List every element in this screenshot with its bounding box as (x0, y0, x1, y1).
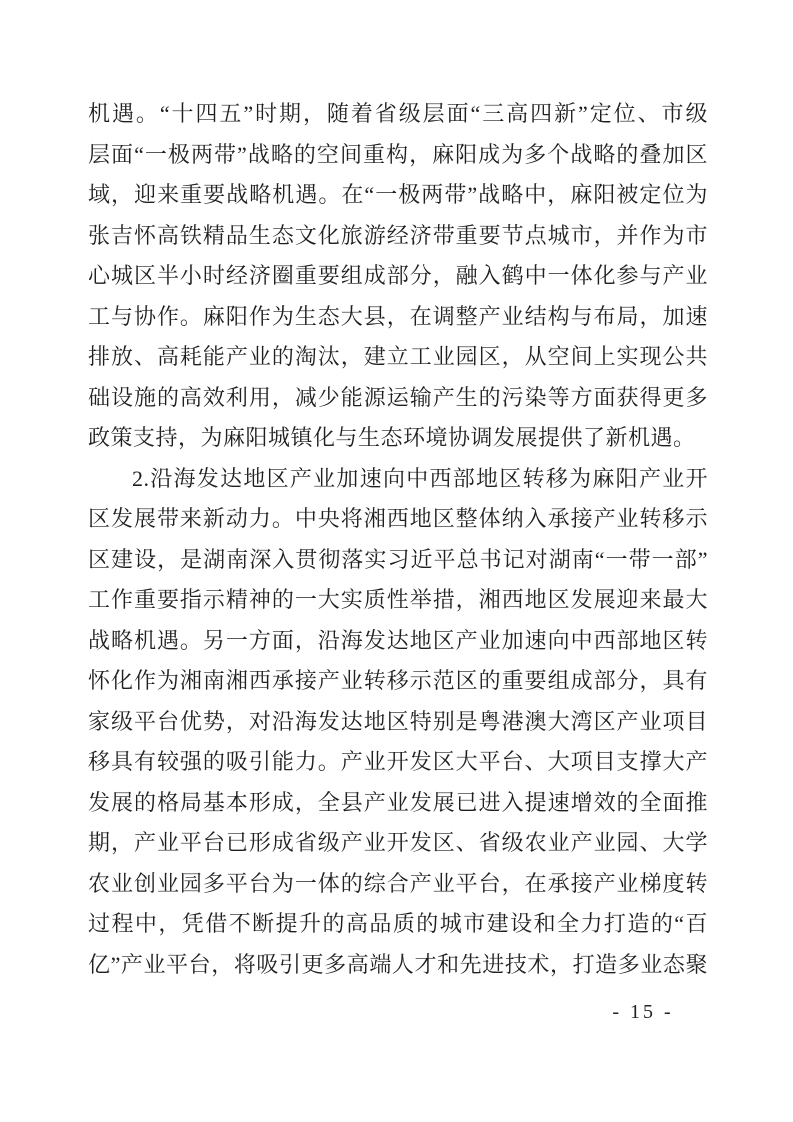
paragraph-numbered-2: 2.沿海发达地区产业加速向中西部地区转移为麻阳产业开发 区发展带来新动力。中央将… (88, 459, 708, 986)
text-line: 2.沿海发达地区产业加速向中西部地区转移为麻阳产业开发 (88, 459, 708, 500)
text-line: 张吉怀高铁精品生态文化旅游经济带重要节点城市，并作为市中 (88, 216, 708, 257)
paragraph-continuation: 机遇。“十四五”时期，随着省级层面“三高四新”定位、市级 层面“一极两带”战略的… (88, 94, 708, 459)
text-line: 战略机遇。另一方面，沿海发达地区产业加速向中西部地区转移， (88, 621, 708, 662)
text-line: 排放、高耗能产业的淘汰，建立工业园区，从空间上实现公共基 (88, 337, 708, 378)
text-line: 怀化作为湘南湘西承接产业转移示范区的重要组成部分，具有国 (88, 661, 708, 702)
text-line: 工作重要指示精神的一大实质性举措，湘西地区发展迎来最大的 (88, 580, 708, 621)
text-line: 亿”产业平台，将吸引更多高端人才和先进技术，打造多业态聚 (88, 945, 708, 986)
text-line: 移具有较强的吸引能力。产业开发区大平台、大项目支撑大产业 (88, 742, 708, 783)
text-line: 发展的格局基本形成，全县产业发展已进入提速增效的全面推进 (88, 783, 708, 824)
page-number: - 15 - (598, 1001, 688, 1024)
text-line: 过程中，凭借不断提升的高品质的城市建设和全力打造的“百 (88, 904, 708, 945)
text-line: 家级平台优势，对沿海发达地区特别是粤港澳大湾区产业项目转 (88, 702, 708, 743)
text-line: 区建设，是湖南深入贯彻落实习近平总书记对湖南“一带一部” (88, 540, 708, 581)
text-line: 期，产业平台已形成省级产业开发区、省级农业产业园、大学生 (88, 823, 708, 864)
text-line: 心城区半小时经济圈重要组成部分，融入鹤中一体化参与产业分 (88, 256, 708, 297)
text-line: 农业创业园多平台为一体的综合产业平台，在承接产业梯度转移 (88, 864, 708, 905)
text-line: 层面“一极两带”战略的空间重构，麻阳成为多个战略的叠加区 (88, 135, 708, 176)
text-line: 础设施的高效利用，减少能源运输产生的污染等方面获得更多的 (88, 378, 708, 419)
document-page: 机遇。“十四五”时期，随着省级层面“三高四新”定位、市级 层面“一极两带”战略的… (0, 0, 793, 1122)
text-line: 机遇。“十四五”时期，随着省级层面“三高四新”定位、市级 (88, 94, 708, 135)
body-text-block: 机遇。“十四五”时期，随着省级层面“三高四新”定位、市级 层面“一极两带”战略的… (88, 94, 708, 985)
text-line: 工与协作。麻阳作为生态大县，在调整产业结构与布局，加速高 (88, 297, 708, 338)
text-line: 域，迎来重要战略机遇。在“一极两带”战略中，麻阳被定位为 (88, 175, 708, 216)
text-line: 政策支持，为麻阳城镇化与生态环境协调发展提供了新机遇。 (88, 418, 708, 459)
text-line: 区发展带来新动力。中央将湘西地区整体纳入承接产业转移示范 (88, 499, 708, 540)
